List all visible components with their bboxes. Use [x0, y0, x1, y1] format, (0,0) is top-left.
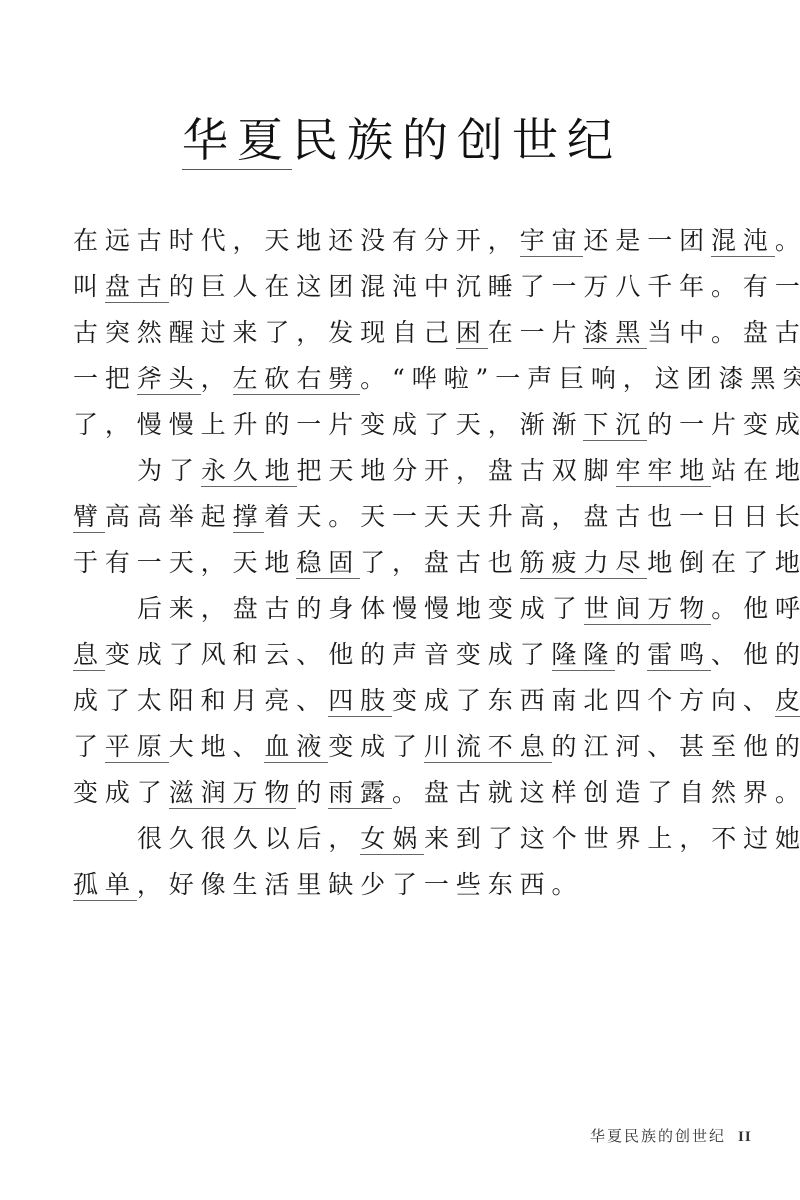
- page-number: II: [738, 1129, 752, 1145]
- text-segment: 高高举起: [105, 502, 233, 531]
- text-segment: 于有一天，天地: [73, 548, 296, 577]
- text-line: 叫盘古的巨人在这团混沌中沉睡了一万八千年。有一天，盘: [73, 264, 753, 310]
- text-line: 息变成了风和云、他的声音变成了隆隆的雷鸣、他的眼睛变: [73, 632, 753, 678]
- vocabulary-word: 牢牢地: [616, 456, 712, 487]
- text-segment: 成了太阳和月亮、: [73, 686, 328, 715]
- text-segment: 一把: [73, 364, 137, 393]
- text-segment: 站在地上，: [711, 456, 800, 485]
- vocabulary-word: 永久地: [201, 456, 297, 487]
- vocabulary-word: 下沉: [583, 410, 647, 441]
- text-segment: 后来，盘古的身体慢慢地变成了: [137, 594, 584, 623]
- text-segment: 变成了: [328, 732, 424, 761]
- text-segment: 大地、: [169, 732, 265, 761]
- vocabulary-word: 川流不息: [424, 732, 552, 763]
- text-segment: 变成了风和云、他的声音变成了: [105, 640, 552, 669]
- vocabulary-word: 盘古: [105, 272, 169, 303]
- text-segment: ，好像生活里缺少了一些东西。: [137, 870, 584, 899]
- text-segment: 。他呼出的: [711, 594, 800, 623]
- text-line: 变成了滋润万物的雨露。盘古就这样创造了自然界。: [73, 770, 753, 816]
- text-segment: 、他的眼睛变: [711, 640, 800, 669]
- text-segment: 了，盘古也: [360, 548, 520, 577]
- vocabulary-word: 筋疲力尽: [520, 548, 648, 579]
- vocabulary-word: 世间万物: [584, 594, 712, 625]
- running-title: 华夏民族的创世纪: [590, 1127, 726, 1145]
- vocabulary-word: 雨露: [328, 778, 392, 809]
- vocabulary-word: 斧头: [137, 364, 201, 395]
- text-segment: 了，慢慢上升的一片变成了天，渐渐: [73, 410, 583, 439]
- text-segment: 把天地分开，盘古双脚: [297, 456, 616, 485]
- title-rest: 民族的创世纪: [292, 113, 622, 167]
- text-line: 成了太阳和月亮、四肢变成了东西南北四个方向、皮肤变成: [73, 678, 753, 724]
- page-title: 华夏民族的创世纪: [182, 112, 622, 168]
- vocabulary-word: 撑: [233, 502, 265, 533]
- text-segment: 的巨人在这团混沌中沉睡了一万八千年。有一天，盘: [169, 272, 800, 301]
- page-footer: 华夏民族的创世纪II: [590, 1125, 752, 1146]
- vocabulary-word: 左砍右劈: [233, 364, 361, 395]
- vocabulary-word: 困: [456, 318, 488, 349]
- vocabulary-word: 平原: [105, 732, 169, 763]
- vocabulary-word: 皮肤: [775, 686, 800, 717]
- text-segment: 的一片变成了地。: [647, 410, 800, 439]
- vocabulary-word: 雷鸣: [647, 640, 711, 671]
- vocabulary-word: 滋润万物: [169, 778, 297, 809]
- text-line: 后来，盘古的身体慢慢地变成了世间万物。他呼出的气: [73, 586, 753, 632]
- text-line: 一把斧头，左砍右劈。“哗啦”一声巨响，这团漆黑突然分开: [73, 356, 753, 402]
- text-line: 臂高高举起撑着天。天一天天升高，盘古也一日日长大。终: [73, 494, 753, 540]
- text-segment: 变成了: [73, 778, 169, 807]
- text-segment: 着天。天一天天升高，盘古也一日日长大。终: [264, 502, 800, 531]
- vocabulary-word: 血液: [264, 732, 328, 763]
- text-line: 了平原大地、血液变成了川流不息的江河、甚至他的汗水都: [73, 724, 753, 770]
- text-segment: 还是一团: [583, 226, 711, 255]
- text-segment: 来到了这个世界上，不过她觉得很: [424, 824, 800, 853]
- text-segment: 为了: [137, 456, 201, 485]
- text-segment: 。一个名: [775, 226, 800, 255]
- text-segment: 在远古时代，天地还没有分开，: [73, 226, 520, 255]
- story-body: 在远古时代，天地还没有分开，宇宙还是一团混沌。一个名叫盘古的巨人在这团混沌中沉睡…: [73, 218, 753, 908]
- text-line: 古突然醒过来了，发现自己困在一片漆黑当中。盘古拿起: [73, 310, 753, 356]
- text-line: 了，慢慢上升的一片变成了天，渐渐下沉的一片变成了地。: [73, 402, 753, 448]
- vocabulary-word: 四肢: [328, 686, 392, 717]
- vocabulary-word: 孤单: [73, 870, 137, 901]
- text-line: 孤单，好像生活里缺少了一些东西。: [73, 862, 753, 908]
- text-segment: 的: [296, 778, 328, 807]
- vocabulary-word: 臂: [73, 502, 105, 533]
- text-line: 于有一天，天地稳固了，盘古也筋疲力尽地倒在了地上。: [73, 540, 753, 586]
- text-segment: ，: [201, 364, 233, 393]
- text-line: 为了永久地把天地分开，盘古双脚牢牢地站在地上，双: [73, 448, 753, 494]
- text-segment: 地倒在了地上。: [647, 548, 800, 577]
- vocabulary-word: 宇宙: [520, 226, 584, 257]
- text-segment: 古突然醒过来了，发现自己: [73, 318, 456, 347]
- text-segment: 当中。盘古拿起: [647, 318, 800, 347]
- text-segment: 。盘古就这样创造了自然界。: [392, 778, 800, 807]
- text-segment: 在一片: [488, 318, 584, 347]
- text-segment: 很久很久以后，: [137, 824, 360, 853]
- text-segment: 了: [73, 732, 105, 761]
- text-segment: 的江河、甚至他的: [552, 732, 800, 761]
- text-line: 很久很久以后，女娲来到了这个世界上，不过她觉得很: [73, 816, 753, 862]
- title-underlined-part: 华夏: [182, 113, 292, 170]
- text-segment: 变成了东西南北四个方向、: [392, 686, 775, 715]
- text-line: 在远古时代，天地还没有分开，宇宙还是一团混沌。一个名: [73, 218, 753, 264]
- vocabulary-word: 稳固: [296, 548, 360, 579]
- text-segment: 叫: [73, 272, 105, 301]
- vocabulary-word: 漆黑: [583, 318, 647, 349]
- vocabulary-word: 隆隆: [552, 640, 616, 671]
- vocabulary-word: 息: [73, 640, 105, 671]
- text-segment: 的: [615, 640, 647, 669]
- text-segment: 。“哗啦”一声巨响，这团漆黑突然分开: [360, 364, 800, 393]
- vocabulary-word: 混沌: [711, 226, 775, 257]
- vocabulary-word: 女娲: [360, 824, 424, 855]
